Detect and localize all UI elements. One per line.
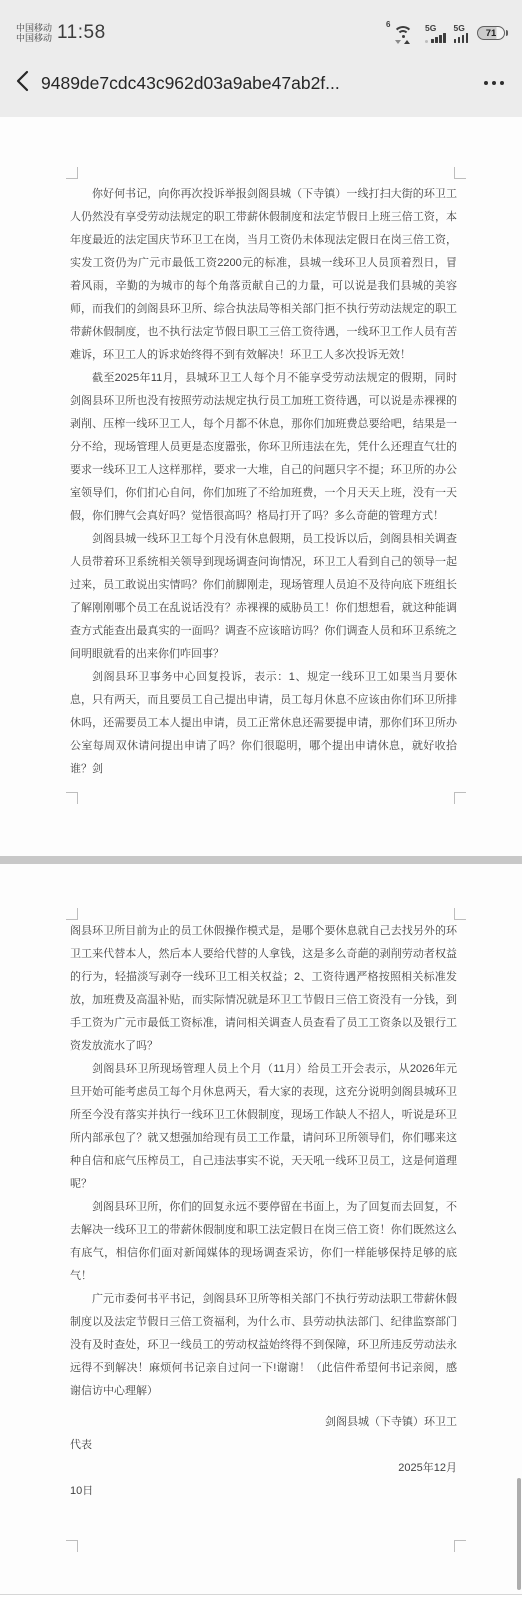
wifi6-badge: 6 xyxy=(386,20,390,29)
margin-mark-icon xyxy=(66,792,78,804)
bottom-edge xyxy=(0,1594,522,1600)
margin-mark-icon xyxy=(454,792,466,804)
phone-screen: 中国移动 中国移动 11:58 6 5G 5G xyxy=(0,0,522,1600)
document-title: 9489de7cdc43c962d03a9abe47ab2f... xyxy=(41,73,474,94)
top-chrome: 中国移动 中国移动 11:58 6 5G 5G xyxy=(0,0,522,117)
margin-mark-icon xyxy=(454,1540,466,1552)
clock: 11:58 xyxy=(57,22,106,44)
letter-paragraph: 剑阁县环卫所，你们的回复永远不要停留在书面上，为了回复而去回复，不去解决一线环卫… xyxy=(70,1196,457,1288)
letter-paragraph: 广元市委何书平书记，剑阁县环卫所等相关部门不执行劳动法职工带薪休假制度以及法定节… xyxy=(70,1288,457,1403)
wifi-icon: 6 xyxy=(393,25,413,41)
letter-paragraph: 剑阁县环卫事务中心回复投诉，表示：1、规定一线环卫工如果当月要休息，只有两天，而… xyxy=(70,666,457,781)
margin-mark-icon xyxy=(66,1540,78,1552)
letter-paragraph: 截至2025年11月，县城环卫工人每个月不能享受劳动法规定的假期，同时剑阁县环卫… xyxy=(70,367,457,528)
back-chevron-icon xyxy=(16,70,29,97)
signature-block: 剑阁县城（下寺镇）环卫工 代表 2025年12月 10日 xyxy=(70,1411,457,1503)
letter-paragraph: 你好何书记，向你再次投诉举报剑阁县城（下寺镇）一线打扫大街的环卫工人仍然没有享受… xyxy=(70,183,457,367)
battery-percent: 71 xyxy=(477,26,505,40)
letter-paragraph: 剑阁县环卫所现场管理人员上个月（11月）给员工开会表示，从2026年元旦开始可能… xyxy=(70,1058,457,1196)
data-up-arrow-icon xyxy=(404,40,410,44)
margin-mark-icon xyxy=(66,167,78,179)
more-icon xyxy=(484,81,488,85)
carrier-sim1: 中国移动 xyxy=(16,23,52,34)
battery-icon: 71 xyxy=(477,26,508,40)
signature-date: 10日 xyxy=(70,1480,457,1503)
signal-sim1-icon: 5G xyxy=(425,24,446,43)
status-right: 6 5G 5G 71 xyxy=(383,24,508,43)
sim1-5g-label: 5G xyxy=(425,24,436,32)
status-bar: 中国移动 中国移动 11:58 6 5G 5G xyxy=(0,0,522,54)
scrollbar[interactable] xyxy=(517,1478,521,1590)
signal-sim2-icon: 5G xyxy=(454,24,469,43)
sim2-5g-label: 5G xyxy=(454,24,465,32)
document-page-2: 阁县环卫所目前为止的员工休假操作模式是，是哪个要休息就自己去找另外的环卫工来代替… xyxy=(0,864,522,1594)
document-page-1: 你好何书记，向你再次投诉举报剑阁县城（下寺镇）一线打扫大街的环卫工人仍然没有享受… xyxy=(0,117,522,856)
data-down-arrow-icon xyxy=(395,40,401,44)
margin-mark-icon xyxy=(66,908,78,920)
margin-mark-icon xyxy=(454,908,466,920)
letter-paragraph: 剑阁县城一线环卫工每个月没有休息假期，员工投诉以后，剑阁县相关调查人员带着环卫系… xyxy=(70,528,457,666)
letter-paragraph-continuation: 阁县环卫所目前为止的员工休假操作模式是，是哪个要休息就自己去找另外的环卫工来代替… xyxy=(70,920,457,1058)
signature-line: 剑阁县城（下寺镇）环卫工 xyxy=(70,1411,457,1434)
margin-mark-icon xyxy=(454,167,466,179)
nav-bar: 9489de7cdc43c962d03a9abe47ab2f... xyxy=(0,54,522,112)
carrier-labels: 中国移动 中国移动 xyxy=(16,23,52,44)
page-separator xyxy=(0,856,522,864)
status-left: 中国移动 中国移动 11:58 xyxy=(16,22,106,44)
signature-line: 代表 xyxy=(70,1434,457,1457)
signature-date: 2025年12月 xyxy=(70,1457,457,1480)
more-menu-button[interactable] xyxy=(484,75,504,91)
carrier-sim2: 中国移动 xyxy=(16,33,52,44)
back-button[interactable] xyxy=(14,66,31,101)
